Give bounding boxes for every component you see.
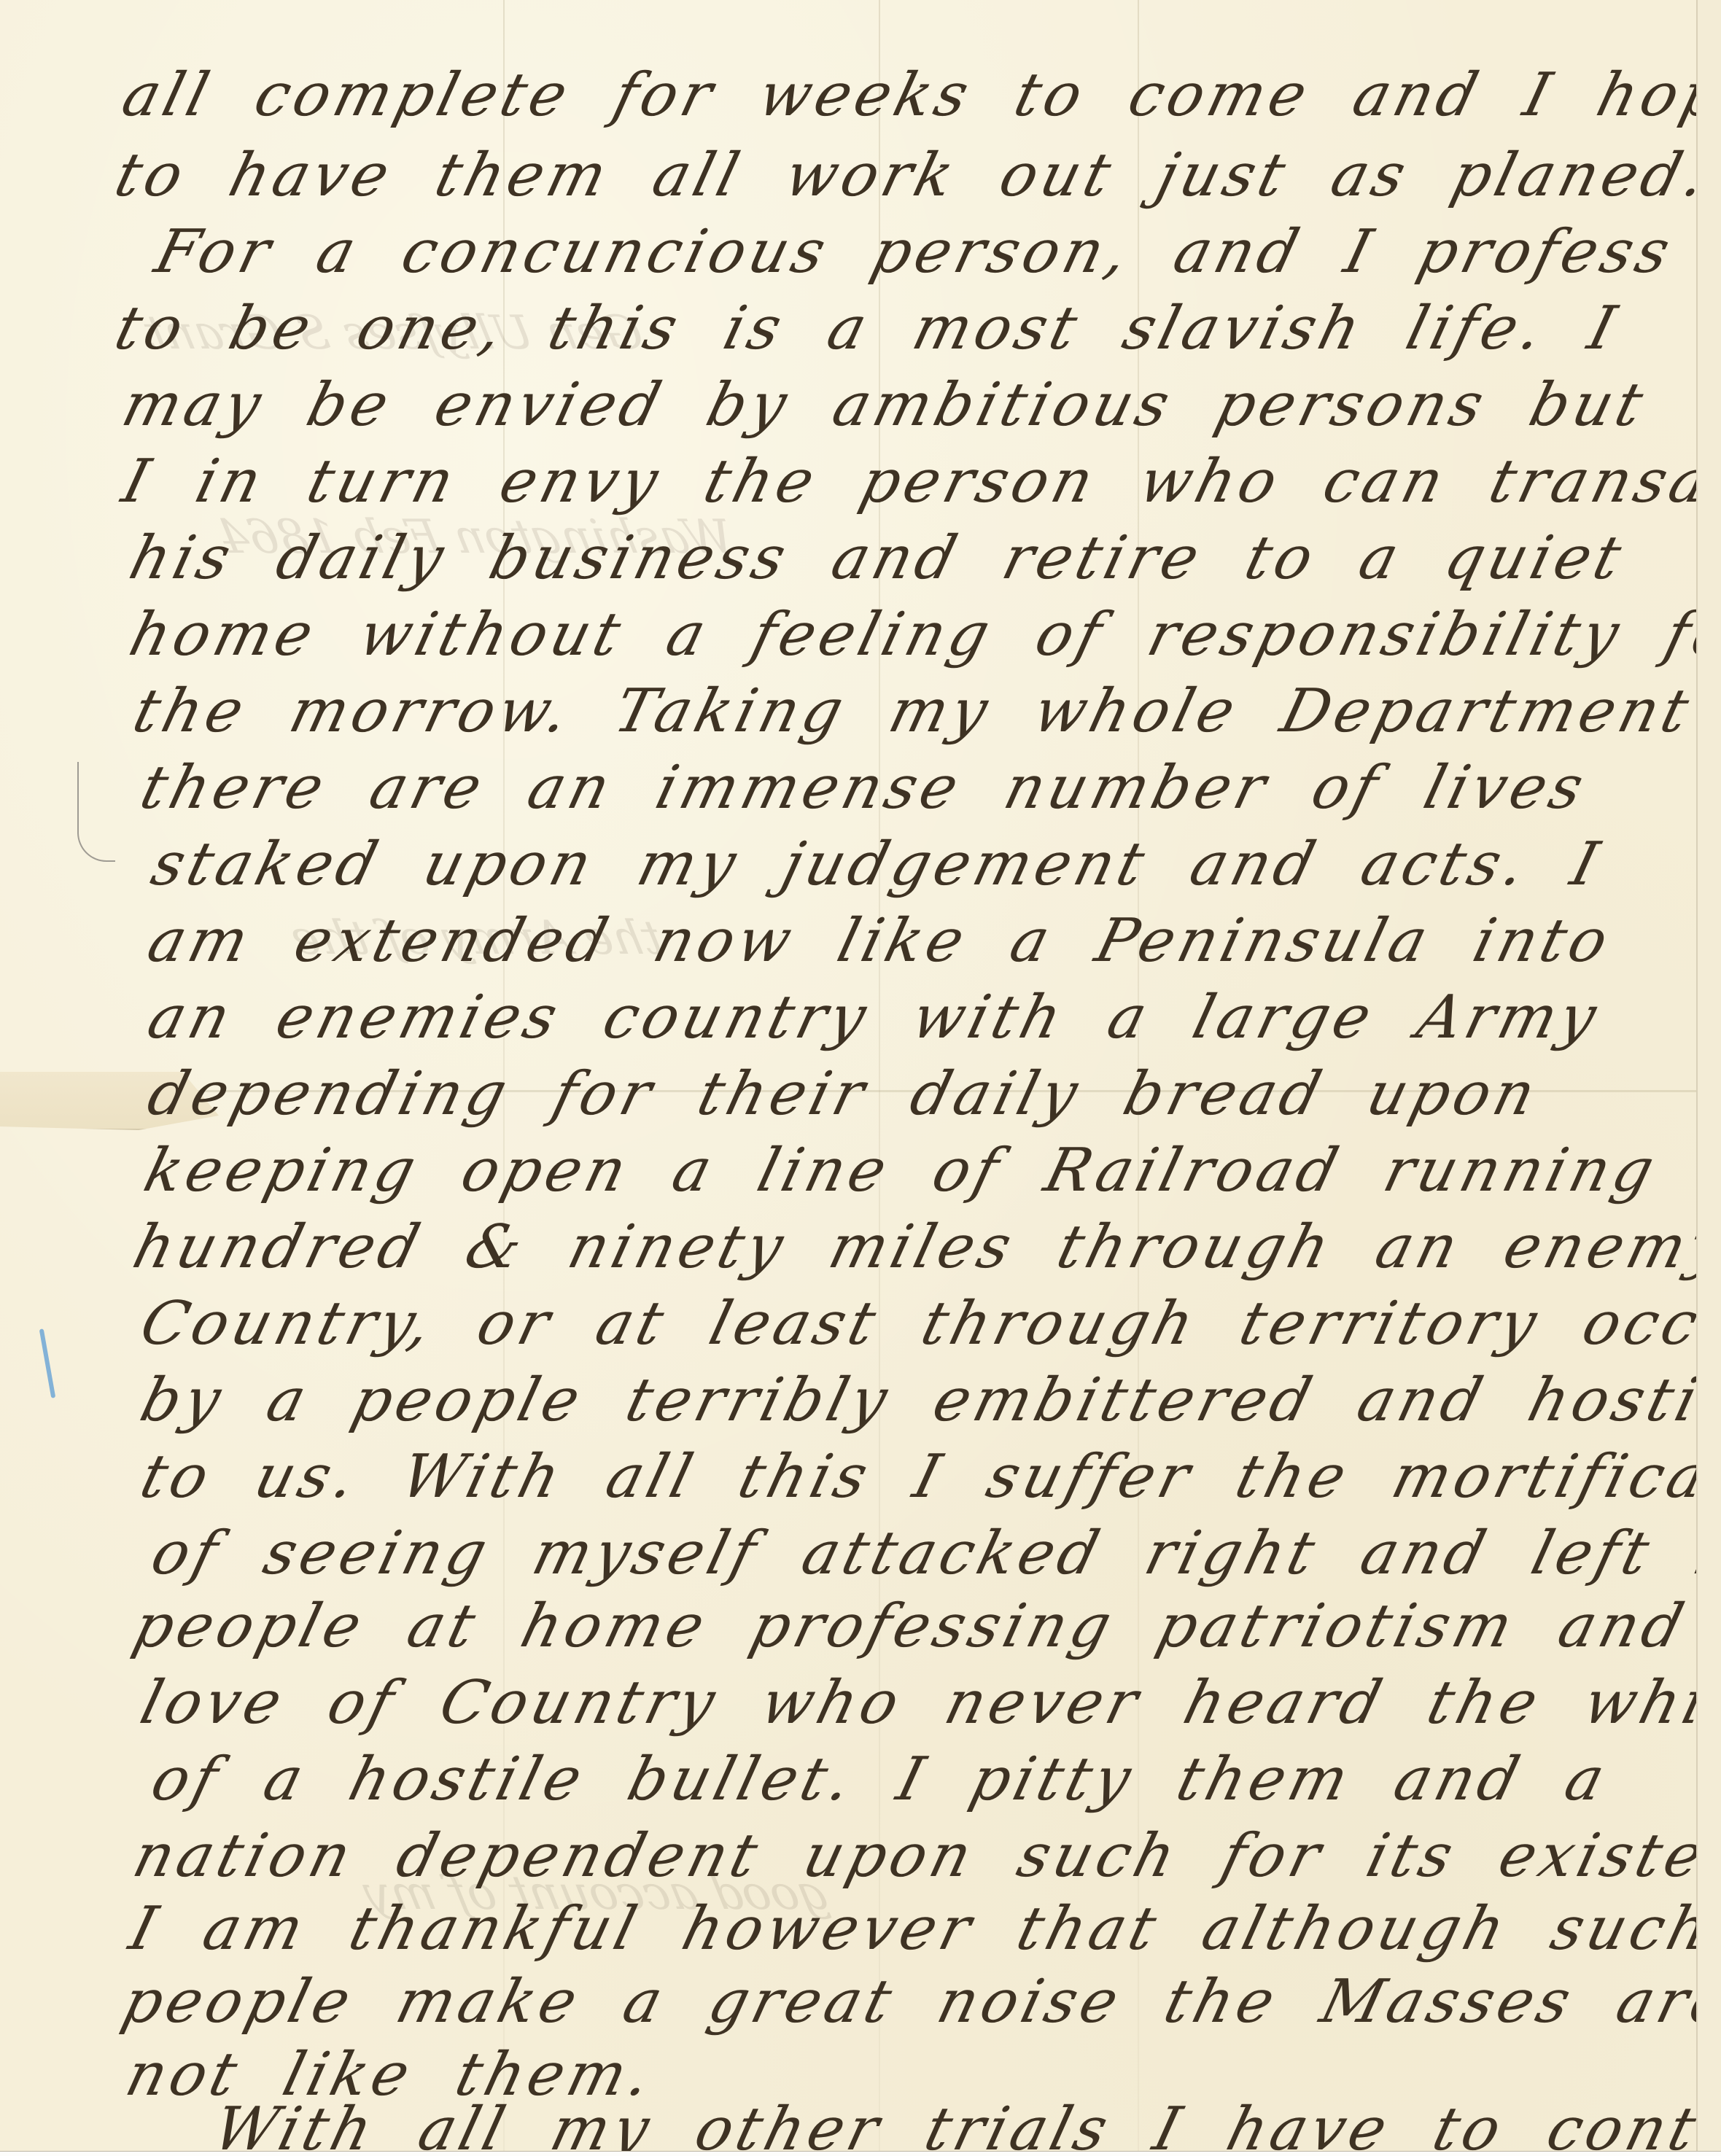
letter-line: there are an immense number of lives [135,758,1593,818]
letter-line: For a concuncious person, and I profess [149,222,1679,282]
letter-line: nation dependent upon such for its exist… [128,1826,1721,1886]
letter-line: With all my other trials I have to conte… [208,2100,1721,2156]
letter-line: all complete for weeks to come and I hop… [117,66,1721,125]
paper-right-edge [1696,0,1721,2151]
letter-line: staked upon my judgement and acts. I [146,835,1608,895]
letter-line: love of Country who never heard the whis… [135,1673,1721,1733]
paper-bottom-edge [0,2151,1721,2156]
letter-line: to be one, this is a most slavish life. … [109,299,1625,359]
letter-line: the morrow. Taking my whole Department [128,682,1698,742]
letter-line: an enemies country with a large Army [142,988,1606,1048]
letter-line: of a hostile bullet. I pitty them and a [146,1750,1615,1810]
letter-line: I am thankful however that although such [124,1899,1719,1959]
letter-line: depending for their daily bread upon [142,1065,1545,1124]
letter-line: by a people terribly embittered and host… [135,1371,1721,1431]
letter-line: people make a great noise the Masses are [117,1972,1721,2032]
letter-line: Country, or at least through territory o… [135,1294,1721,1354]
pencil-bracket-mark [77,762,115,862]
letter-line: may be envied by ambitious persons but [117,375,1652,435]
letter-line: hundred & ninety miles through an enemy'… [128,1218,1721,1277]
letter-line: to have them all work out just as planed… [109,146,1716,206]
letter-line: of seeing myself attacked right and left… [146,1524,1721,1584]
blue-pencil-mark [39,1328,56,1398]
letter-page: Gen Ullyſses S Grant Washington Feb 1864… [0,0,1696,2151]
letter-line: am extended now like a Peninsula into [142,911,1617,971]
letter-line: his daily business and retire to a quiet [124,529,1631,588]
letter-line: I in turn envy the person who can transa… [117,452,1721,512]
letter-line: home without a feeling of responsibility… [124,605,1721,665]
letter-line: to us. With all this I suffer the mortif… [135,1447,1721,1507]
letter-line: keeping open a line of Railroad running … [139,1141,1721,1201]
letter-line: people at home professing patriotism and [128,1597,1693,1657]
